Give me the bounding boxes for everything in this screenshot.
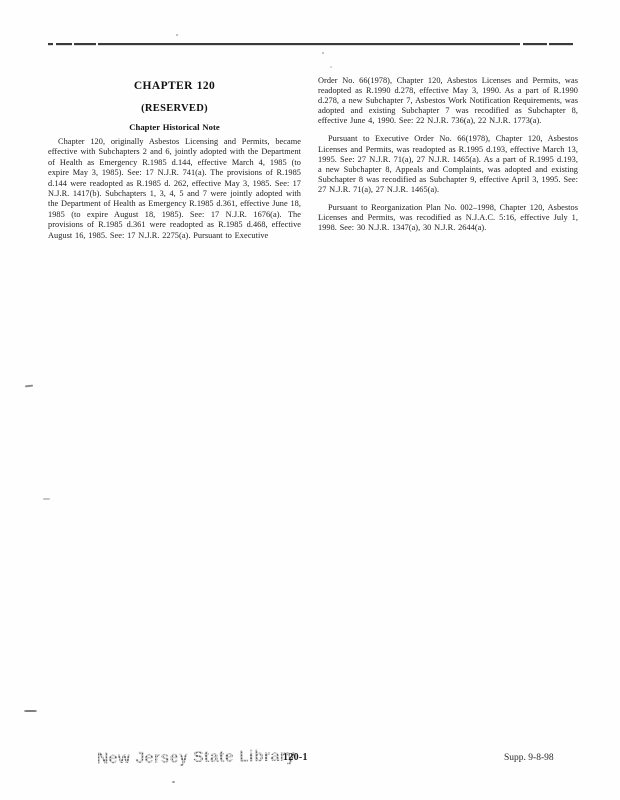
- historical-note-paragraph-left: Chapter 120, originally Asbestos Licensi…: [48, 137, 301, 241]
- scan-speck: [330, 66, 332, 68]
- rule-break: [96, 42, 98, 46]
- document-page: CHAPTER 120 (RESERVED) Chapter Historica…: [0, 0, 620, 800]
- rule-break: [520, 42, 523, 46]
- scan-mark: [25, 385, 33, 388]
- supplement-date: Supp. 9-8-98: [504, 753, 554, 763]
- historical-note-heading: Chapter Historical Note: [48, 123, 301, 132]
- scan-mark: [43, 498, 50, 500]
- historical-note-paragraph-2: Pursuant to Executive Order No. 66(1978)…: [318, 134, 578, 195]
- historical-note-paragraph-continuation: Order No. 66(1978), Chapter 120, Asbesto…: [318, 76, 578, 126]
- scan-mark: [24, 710, 37, 712]
- library-stamp: New Jersey State Library: [97, 748, 296, 769]
- header-rule: [48, 43, 573, 45]
- page-number: 120-1: [283, 752, 308, 763]
- historical-note-paragraph-3: Pursuant to Reorganization Plan No. 002–…: [318, 203, 578, 233]
- rule-break: [72, 42, 74, 46]
- rule-break: [53, 42, 56, 46]
- rule-break: [547, 42, 549, 46]
- reserved-heading: (RESERVED): [48, 103, 301, 114]
- scan-speck: [322, 52, 324, 54]
- scan-speck: [176, 34, 178, 36]
- scan-speck: [172, 781, 175, 783]
- chapter-title: CHAPTER 120: [48, 81, 301, 92]
- left-column: CHAPTER 120 (RESERVED) Chapter Historica…: [48, 81, 301, 241]
- right-column: Order No. 66(1978), Chapter 120, Asbesto…: [318, 76, 578, 233]
